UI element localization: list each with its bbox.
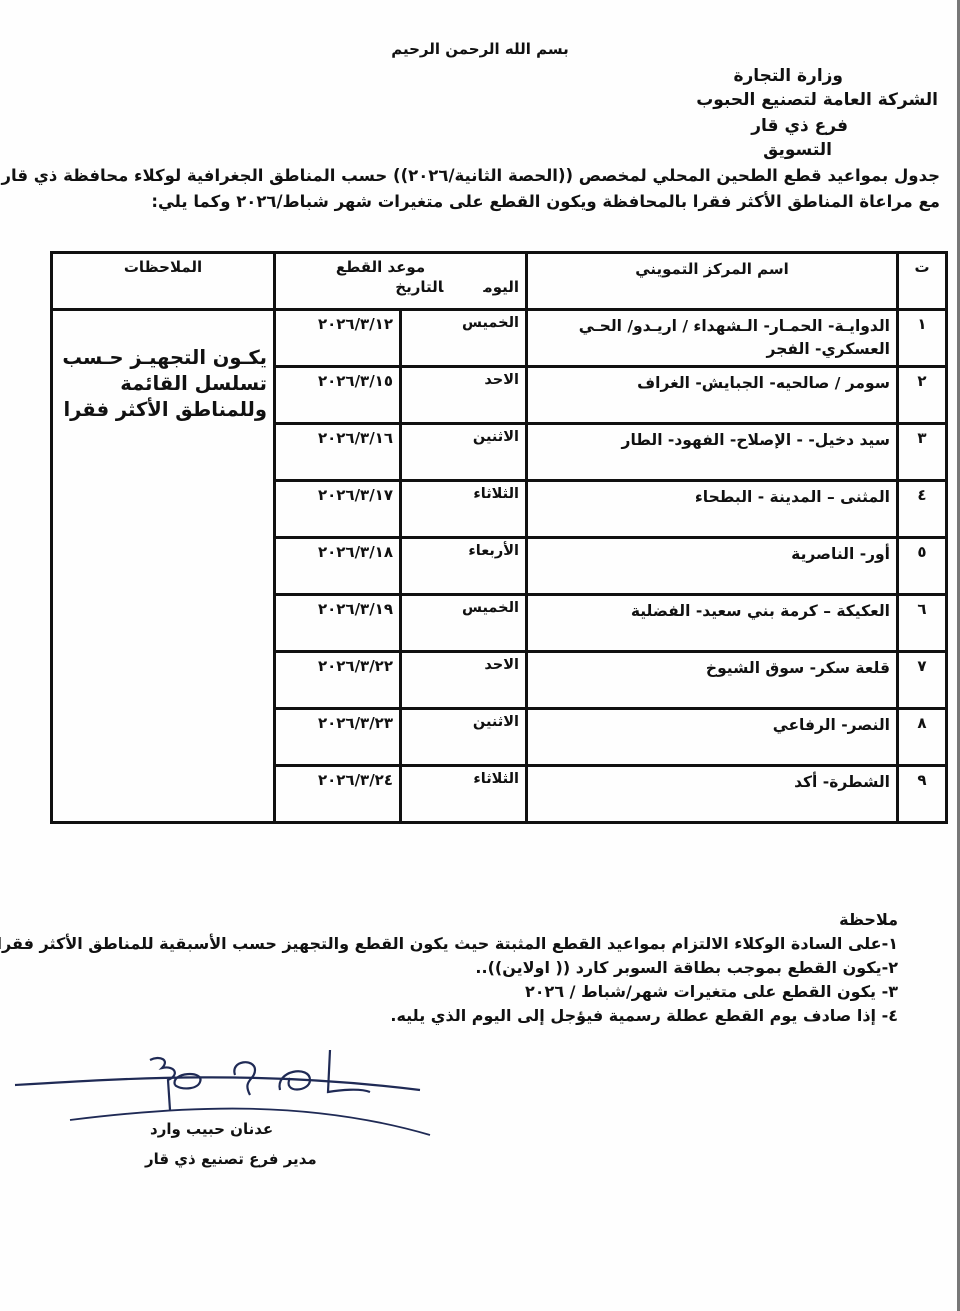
row-center: سومر / صالحيه- الجبايش- الغراف <box>527 367 898 424</box>
ministry-name: وزارة التجارة <box>733 66 843 86</box>
row-center: أور- الناصرية <box>527 538 898 595</box>
row-number: ٤ <box>898 481 947 538</box>
table-header-row: ت اسم المركز التمويني موعد القطع اليومال… <box>52 253 947 310</box>
notes-text: يكـون التجهيـز حـسب تسلسل القائمة وللمنا… <box>59 315 267 423</box>
remark-item-2: ٢-يكون القطع بموجب بطاقة السوبر كارد (( … <box>475 958 898 977</box>
row-number: ٥ <box>898 538 947 595</box>
intro-line-2: مع مراعاة المناطق الأكثر فقرا بالمحافظة … <box>151 192 940 211</box>
row-number: ٣ <box>898 424 947 481</box>
company-name: الشركة العامة لتصنيع الحبوب <box>696 90 938 110</box>
row-date: ٢٠٢٦/٣/٢٤ <box>275 766 401 823</box>
header-center: اسم المركز التمويني <box>527 253 898 310</box>
row-date: ٢٠٢٦/٣/١٦ <box>275 424 401 481</box>
row-number: ٢ <box>898 367 947 424</box>
row-number: ٦ <box>898 595 947 652</box>
row-number: ١ <box>898 310 947 367</box>
header-sub-labels: اليومالتاريخ <box>282 278 519 296</box>
header-cut-date: موعد القطع <box>282 258 519 276</box>
row-day: الثلاثاء <box>401 481 527 538</box>
row-day: الأربعاء <box>401 538 527 595</box>
intro-line-1: جدول بمواعيد قطع الطحين المحلي لمخصص ((ا… <box>2 166 940 185</box>
remark-item-1: ١-على السادة الوكلاء الالتزام بمواعيد ال… <box>0 934 898 953</box>
row-date: ٢٠٢٦/٣/١٨ <box>275 538 401 595</box>
row-date: ٢٠٢٦/٣/١٢ <box>275 310 401 367</box>
row-center: قلعة سكر- سوق الشيوخ <box>527 652 898 709</box>
row-day: الاحد <box>401 367 527 424</box>
header-notes: الملاحظات <box>52 253 275 310</box>
remark-item-3: ٣- يكون القطع على متغيرات شهر/شباط / ٢٠٢… <box>525 982 898 1001</box>
row-number: ٧ <box>898 652 947 709</box>
row-day: الخميس <box>401 595 527 652</box>
row-number: ٩ <box>898 766 947 823</box>
row-day: الاثنين <box>401 424 527 481</box>
header-date: التاريخ <box>395 278 443 296</box>
branch-name: فرع ذي قار <box>751 116 848 136</box>
row-day: الثلاثاء <box>401 766 527 823</box>
row-day: الخميس <box>401 310 527 367</box>
row-date: ٢٠٢٦/٣/١٥ <box>275 367 401 424</box>
row-center: سيد دخيل- - الإصلاح- الفهود- الطار <box>527 424 898 481</box>
schedule-table: ت اسم المركز التمويني موعد القطع اليومال… <box>50 251 948 824</box>
row-date: ٢٠٢٦/٣/١٧ <box>275 481 401 538</box>
row-day: الاثنين <box>401 709 527 766</box>
row-center: العكيكة – كرمة بني سعيد- الفضلية <box>527 595 898 652</box>
notes-cell: يكـون التجهيـز حـسب تسلسل القائمة وللمنا… <box>52 310 275 823</box>
row-center: الدوايـة- الحمـار- الـشهداء / اريـدو/ ال… <box>527 310 898 367</box>
header-cut-schedule: موعد القطع اليومالتاريخ <box>275 253 527 310</box>
row-date: ٢٠٢٦/٣/٢٣ <box>275 709 401 766</box>
signatory-title: مدير فرع تصنيع ذي قار <box>145 1150 317 1168</box>
signatory-name: عدنان حبيب وارد <box>150 1120 273 1138</box>
remark-item-4: ٤- إذا صادف يوم القطع عطلة رسمية فيؤجل إ… <box>390 1006 898 1025</box>
row-center: النصر- الرفاعي <box>527 709 898 766</box>
row-center: المثنى – المدينة - البطحاء <box>527 481 898 538</box>
row-day: الاحد <box>401 652 527 709</box>
row-date: ٢٠٢٦/٣/٢٢ <box>275 652 401 709</box>
row-date: ٢٠٢٦/٣/١٩ <box>275 595 401 652</box>
header-day: اليوم <box>483 278 519 296</box>
row-number: ٨ <box>898 709 947 766</box>
header-number: ت <box>898 253 947 310</box>
basmala: بسم الله الرحمن الرحيم <box>0 40 960 58</box>
remarks-title: ملاحظة <box>839 910 898 929</box>
table-row: ١ الدوايـة- الحمـار- الـشهداء / اريـدو/ … <box>52 310 947 367</box>
department-name: التسويق <box>763 140 832 160</box>
row-center: الشطرة- أكد <box>527 766 898 823</box>
